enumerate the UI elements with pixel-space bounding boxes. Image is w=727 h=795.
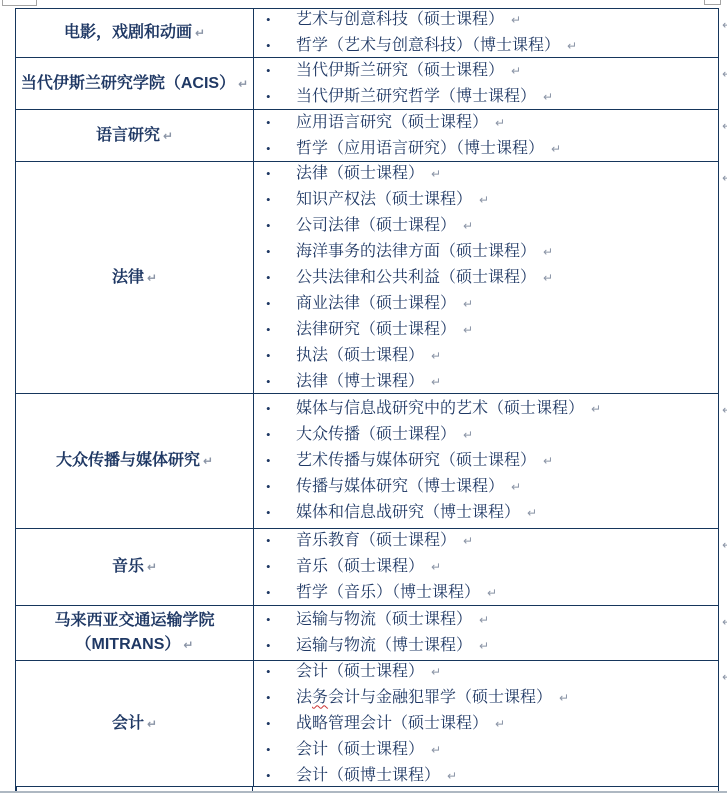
program-text: 艺术与创意科技（硕士课程） xyxy=(296,11,504,28)
pilcrow-icon: ↵ xyxy=(431,743,441,757)
program-text: 法务会计与金融犯罪学（硕士课程） xyxy=(296,689,552,706)
program-item: •公司法律（硕士课程）↵ xyxy=(266,213,718,239)
category-cell: 法律↵ xyxy=(16,162,254,393)
pilcrow-icon: ↵ xyxy=(543,90,553,104)
category-cell: 马来西亚交通运输学院（MITRANS）↵ xyxy=(16,606,254,660)
pilcrow-icon: ↵ xyxy=(431,375,441,389)
pilcrow-icon: ↵ xyxy=(147,271,157,285)
bullet-icon: • xyxy=(266,84,296,110)
bullet-icon: • xyxy=(266,685,296,711)
pilcrow-icon: ↵ xyxy=(591,402,601,416)
bullet-icon: • xyxy=(266,317,296,343)
program-item: •艺术传播与媒体研究（硕士课程）↵ xyxy=(266,448,718,474)
row-end-pilcrow-icon: ↵ xyxy=(722,119,727,133)
page-divider-line xyxy=(0,791,727,793)
cropped-row-fragment-right xyxy=(704,0,721,5)
pilcrow-icon: ↵ xyxy=(463,323,473,337)
table-row: 音乐↵ •音乐教育（硕士课程）↵•音乐（硕士课程）↵•哲学（音乐）（博士课程）↵… xyxy=(16,529,718,606)
pilcrow-icon: ↵ xyxy=(567,39,577,53)
program-item: •音乐（硕士课程）↵ xyxy=(266,554,718,580)
program-item: •哲学（艺术与创意科技）（博士课程）↵ xyxy=(266,33,718,57)
pilcrow-icon: ↵ xyxy=(183,638,193,652)
program-text: 法律研究（硕士课程） xyxy=(296,321,456,338)
program-text: 商业法律（硕士课程） xyxy=(296,295,456,312)
pilcrow-icon: ↵ xyxy=(147,560,157,574)
pilcrow-icon: ↵ xyxy=(431,560,441,574)
program-item: •音乐教育（硕士课程）↵ xyxy=(266,529,718,554)
category-label: 大众传播与媒体研究 xyxy=(56,452,200,469)
program-item: •公共法律和公共利益（硕士课程）↵ xyxy=(266,265,718,291)
program-item: •媒体和信息战研究（博士课程）↵ xyxy=(266,500,718,526)
pilcrow-icon: ↵ xyxy=(463,219,473,233)
program-item: •媒体与信息战研究中的艺术（硕士课程）↵ xyxy=(266,396,718,422)
pilcrow-icon: ↵ xyxy=(495,116,505,130)
table-row: 当代伊斯兰研究学院（ACIS）↵ •当代伊斯兰研究（硕士课程）↵•当代伊斯兰研究… xyxy=(16,58,718,110)
bullet-icon: • xyxy=(266,763,296,787)
programs-cell: •音乐教育（硕士课程）↵•音乐（硕士课程）↵•哲学（音乐）（博士课程）↵ xyxy=(254,529,718,605)
bullet-icon: • xyxy=(266,369,296,394)
program-text: 音乐（硕士课程） xyxy=(296,558,424,575)
programs-cell: •当代伊斯兰研究（硕士课程）↵•当代伊斯兰研究哲学（博士课程）↵ xyxy=(254,58,718,109)
program-text: 运输与物流（博士课程） xyxy=(296,637,472,654)
category-cell: 电影，戏剧和动画↵ xyxy=(16,9,254,57)
bullet-icon: • xyxy=(266,633,296,659)
bullet-icon: • xyxy=(266,474,296,500)
pilcrow-icon: ↵ xyxy=(463,428,473,442)
program-text: 传播与媒体研究（博士课程） xyxy=(296,478,504,495)
pilcrow-icon: ↵ xyxy=(463,297,473,311)
bullet-icon: • xyxy=(266,239,296,265)
program-text: 当代伊斯兰研究（硕士课程） xyxy=(296,62,504,79)
programs-cell: •法律（硕士课程）↵•知识产权法（硕士课程）↵•公司法律（硕士课程）↵•海洋事务… xyxy=(254,162,718,393)
bullet-icon: • xyxy=(266,33,296,57)
category-cell: 当代伊斯兰研究学院（ACIS）↵ xyxy=(16,58,254,109)
program-item: •当代伊斯兰研究（硕士课程）↵ xyxy=(266,58,718,84)
program-item: •当代伊斯兰研究哲学（博士课程）↵ xyxy=(266,84,718,110)
program-text: 艺术传播与媒体研究（硕士课程） xyxy=(296,452,536,469)
programs-cell: •媒体与信息战研究中的艺术（硕士课程）↵•大众传播（硕士课程）↵•艺术传播与媒体… xyxy=(254,394,718,528)
program-item: •运输与物流（博士课程）↵ xyxy=(266,633,718,659)
category-cell: 语言研究↵ xyxy=(16,110,254,161)
bullet-icon: • xyxy=(266,265,296,291)
program-item: •商业法律（硕士课程）↵ xyxy=(266,291,718,317)
program-item: •艺术与创意科技（硕士课程）↵ xyxy=(266,9,718,33)
program-text: 会计（硕士课程） xyxy=(296,741,424,758)
bullet-icon: • xyxy=(266,213,296,239)
bullet-icon: • xyxy=(266,396,296,422)
category-label: 马来西亚交通运输学院 xyxy=(54,612,214,629)
bullet-icon: • xyxy=(266,661,296,685)
program-item: •会计（硕士课程）↵ xyxy=(266,661,718,685)
program-text: 执法（硕士课程） xyxy=(296,347,424,364)
programs-cell: •艺术与创意科技（硕士课程）↵•哲学（艺术与创意科技）（博士课程）↵ xyxy=(254,9,718,57)
pilcrow-icon: ↵ xyxy=(511,64,521,78)
program-item: •运输与物流（硕士课程）↵ xyxy=(266,607,718,633)
programs-cell: •运输与物流（硕士课程）↵•运输与物流（博士课程）↵ xyxy=(254,606,718,660)
table-row: 法律↵ •法律（硕士课程）↵•知识产权法（硕士课程）↵•公司法律（硕士课程）↵•… xyxy=(16,162,718,394)
program-item: •法律（博士课程）↵ xyxy=(266,369,718,394)
program-text: 媒体和信息战研究（博士课程） xyxy=(296,504,520,521)
pilcrow-icon: ↵ xyxy=(511,480,521,494)
pilcrow-icon: ↵ xyxy=(527,506,537,520)
pilcrow-icon: ↵ xyxy=(195,26,205,40)
cropped-row-fragment-left xyxy=(2,0,37,6)
program-text: 运输与物流（硕士课程） xyxy=(296,611,472,628)
category-label: （MITRANS） xyxy=(76,636,181,653)
program-text: 哲学（艺术与创意科技）（博士课程） xyxy=(296,37,560,54)
program-item: •战略管理会计（硕士课程）↵ xyxy=(266,711,718,737)
pilcrow-icon: ↵ xyxy=(495,717,505,731)
pilcrow-icon: ↵ xyxy=(543,454,553,468)
bullet-icon: • xyxy=(266,343,296,369)
bullet-icon: • xyxy=(266,58,296,84)
row-end-pilcrow-icon: ↵ xyxy=(722,403,727,417)
pilcrow-icon: ↵ xyxy=(147,717,157,731)
pilcrow-icon: ↵ xyxy=(463,534,473,548)
bullet-icon: • xyxy=(266,607,296,633)
program-item: •会计（硕士课程）↵ xyxy=(266,737,718,763)
pilcrow-icon: ↵ xyxy=(511,13,521,27)
table-row: 大众传播与媒体研究↵ •媒体与信息战研究中的艺术（硕士课程）↵•大众传播（硕士课… xyxy=(16,394,718,529)
program-text: 应用语言研究（硕士课程） xyxy=(296,114,488,131)
bullet-icon: • xyxy=(266,187,296,213)
table-row: 语言研究↵ •应用语言研究（硕士课程）↵•哲学（应用语言研究）（博士课程）↵ ↵ xyxy=(16,110,718,162)
program-text: 战略管理会计（硕士课程） xyxy=(296,715,488,732)
program-item: •法律（硕士课程）↵ xyxy=(266,162,718,187)
program-item: •执法（硕士课程）↵ xyxy=(266,343,718,369)
category-cell: 会计↵ xyxy=(16,661,254,786)
program-item: •传播与媒体研究（博士课程）↵ xyxy=(266,474,718,500)
program-text: 会计（硕博士课程） xyxy=(296,767,440,784)
pilcrow-icon: ↵ xyxy=(479,639,489,653)
bullet-icon: • xyxy=(266,711,296,737)
bullet-icon: • xyxy=(266,737,296,763)
program-text: 大众传播（硕士课程） xyxy=(296,426,456,443)
program-text: 海洋事务的法律方面（硕士课程） xyxy=(296,243,536,260)
spellcheck-squiggle: 务 xyxy=(312,689,328,706)
program-text: 公共法律和公共利益（硕士课程） xyxy=(296,269,536,286)
pilcrow-icon: ↵ xyxy=(543,245,553,259)
pilcrow-icon: ↵ xyxy=(238,77,248,91)
pilcrow-icon: ↵ xyxy=(543,271,553,285)
bullet-icon: • xyxy=(266,136,296,162)
category-label: 音乐 xyxy=(112,558,144,575)
program-item: •哲学（应用语言研究）（博士课程）↵ xyxy=(266,136,718,162)
programs-cell: •会计（硕士课程）↵•法务会计与金融犯罪学（硕士课程）↵•战略管理会计（硕士课程… xyxy=(254,661,718,786)
program-text: 音乐教育（硕士课程） xyxy=(296,532,456,549)
bullet-icon: • xyxy=(266,580,296,605)
bullet-icon: • xyxy=(266,9,296,33)
program-table: 电影，戏剧和动画↵ •艺术与创意科技（硕士课程）↵•哲学（艺术与创意科技）（博士… xyxy=(15,8,719,787)
program-item: •应用语言研究（硕士课程）↵ xyxy=(266,110,718,136)
category-cell: 音乐↵ xyxy=(16,529,254,605)
pilcrow-icon: ↵ xyxy=(551,142,561,156)
program-text: 会计（硕士课程） xyxy=(296,663,424,680)
category-label: 电影，戏剧和动画 xyxy=(64,24,192,41)
program-item: •法务会计与金融犯罪学（硕士课程）↵ xyxy=(266,685,718,711)
category-label: 语言研究 xyxy=(96,127,160,144)
category-label: 当代伊斯兰研究学院（ACIS） xyxy=(21,75,235,92)
row-end-pilcrow-icon: ↵ xyxy=(722,171,727,185)
bullet-icon: • xyxy=(266,529,296,554)
program-text: 法律（硕士课程） xyxy=(296,165,424,182)
table-row: 马来西亚交通运输学院（MITRANS）↵ •运输与物流（硕士课程）↵•运输与物流… xyxy=(16,606,718,661)
program-text: 当代伊斯兰研究哲学（博士课程） xyxy=(296,88,536,105)
programs-cell: •应用语言研究（硕士课程）↵•哲学（应用语言研究）（博士课程）↵ xyxy=(254,110,718,161)
pilcrow-icon: ↵ xyxy=(479,193,489,207)
program-text: 媒体与信息战研究中的艺术（硕士课程） xyxy=(296,400,584,417)
bullet-icon: • xyxy=(266,500,296,526)
bullet-icon: • xyxy=(266,422,296,448)
row-end-pilcrow-icon: ↵ xyxy=(722,18,727,32)
pilcrow-icon: ↵ xyxy=(431,167,441,181)
pilcrow-icon: ↵ xyxy=(163,129,173,143)
bullet-icon: • xyxy=(266,291,296,317)
program-text: 公司法律（硕士课程） xyxy=(296,217,456,234)
program-item: •知识产权法（硕士课程）↵ xyxy=(266,187,718,213)
program-item: •哲学（音乐）（博士课程）↵ xyxy=(266,580,718,605)
program-item: •海洋事务的法律方面（硕士课程）↵ xyxy=(266,239,718,265)
pilcrow-icon: ↵ xyxy=(431,665,441,679)
pilcrow-icon: ↵ xyxy=(447,769,457,783)
pilcrow-icon: ↵ xyxy=(487,586,497,600)
category-cell: 大众传播与媒体研究↵ xyxy=(16,394,254,528)
program-text: 知识产权法（硕士课程） xyxy=(296,191,472,208)
row-end-pilcrow-icon: ↵ xyxy=(722,615,727,629)
table-row: 电影，戏剧和动画↵ •艺术与创意科技（硕士课程）↵•哲学（艺术与创意科技）（博士… xyxy=(16,9,718,58)
program-text: 法律（博士课程） xyxy=(296,373,424,390)
program-item: •会计（硕博士课程）↵ xyxy=(266,763,718,787)
category-label: 法律 xyxy=(112,269,144,286)
pilcrow-icon: ↵ xyxy=(203,454,213,468)
row-end-pilcrow-icon: ↵ xyxy=(722,538,727,552)
row-end-pilcrow-icon: ↵ xyxy=(722,67,727,81)
bullet-icon: • xyxy=(266,162,296,187)
program-text: 哲学（应用语言研究）（博士课程） xyxy=(296,140,544,157)
pilcrow-icon: ↵ xyxy=(559,691,569,705)
program-text: 哲学（音乐）（博士课程） xyxy=(296,584,480,601)
row-end-pilcrow-icon: ↵ xyxy=(722,670,727,684)
table-row: 会计↵ •会计（硕士课程）↵•法务会计与金融犯罪学（硕士课程）↵•战略管理会计（… xyxy=(16,661,718,786)
pilcrow-icon: ↵ xyxy=(479,613,489,627)
pilcrow-icon: ↵ xyxy=(431,349,441,363)
bullet-icon: • xyxy=(266,110,296,136)
program-item: •法律研究（硕士课程）↵ xyxy=(266,317,718,343)
bullet-icon: • xyxy=(266,448,296,474)
program-item: •大众传播（硕士课程）↵ xyxy=(266,422,718,448)
bullet-icon: • xyxy=(266,554,296,580)
category-label: 会计 xyxy=(112,715,144,732)
